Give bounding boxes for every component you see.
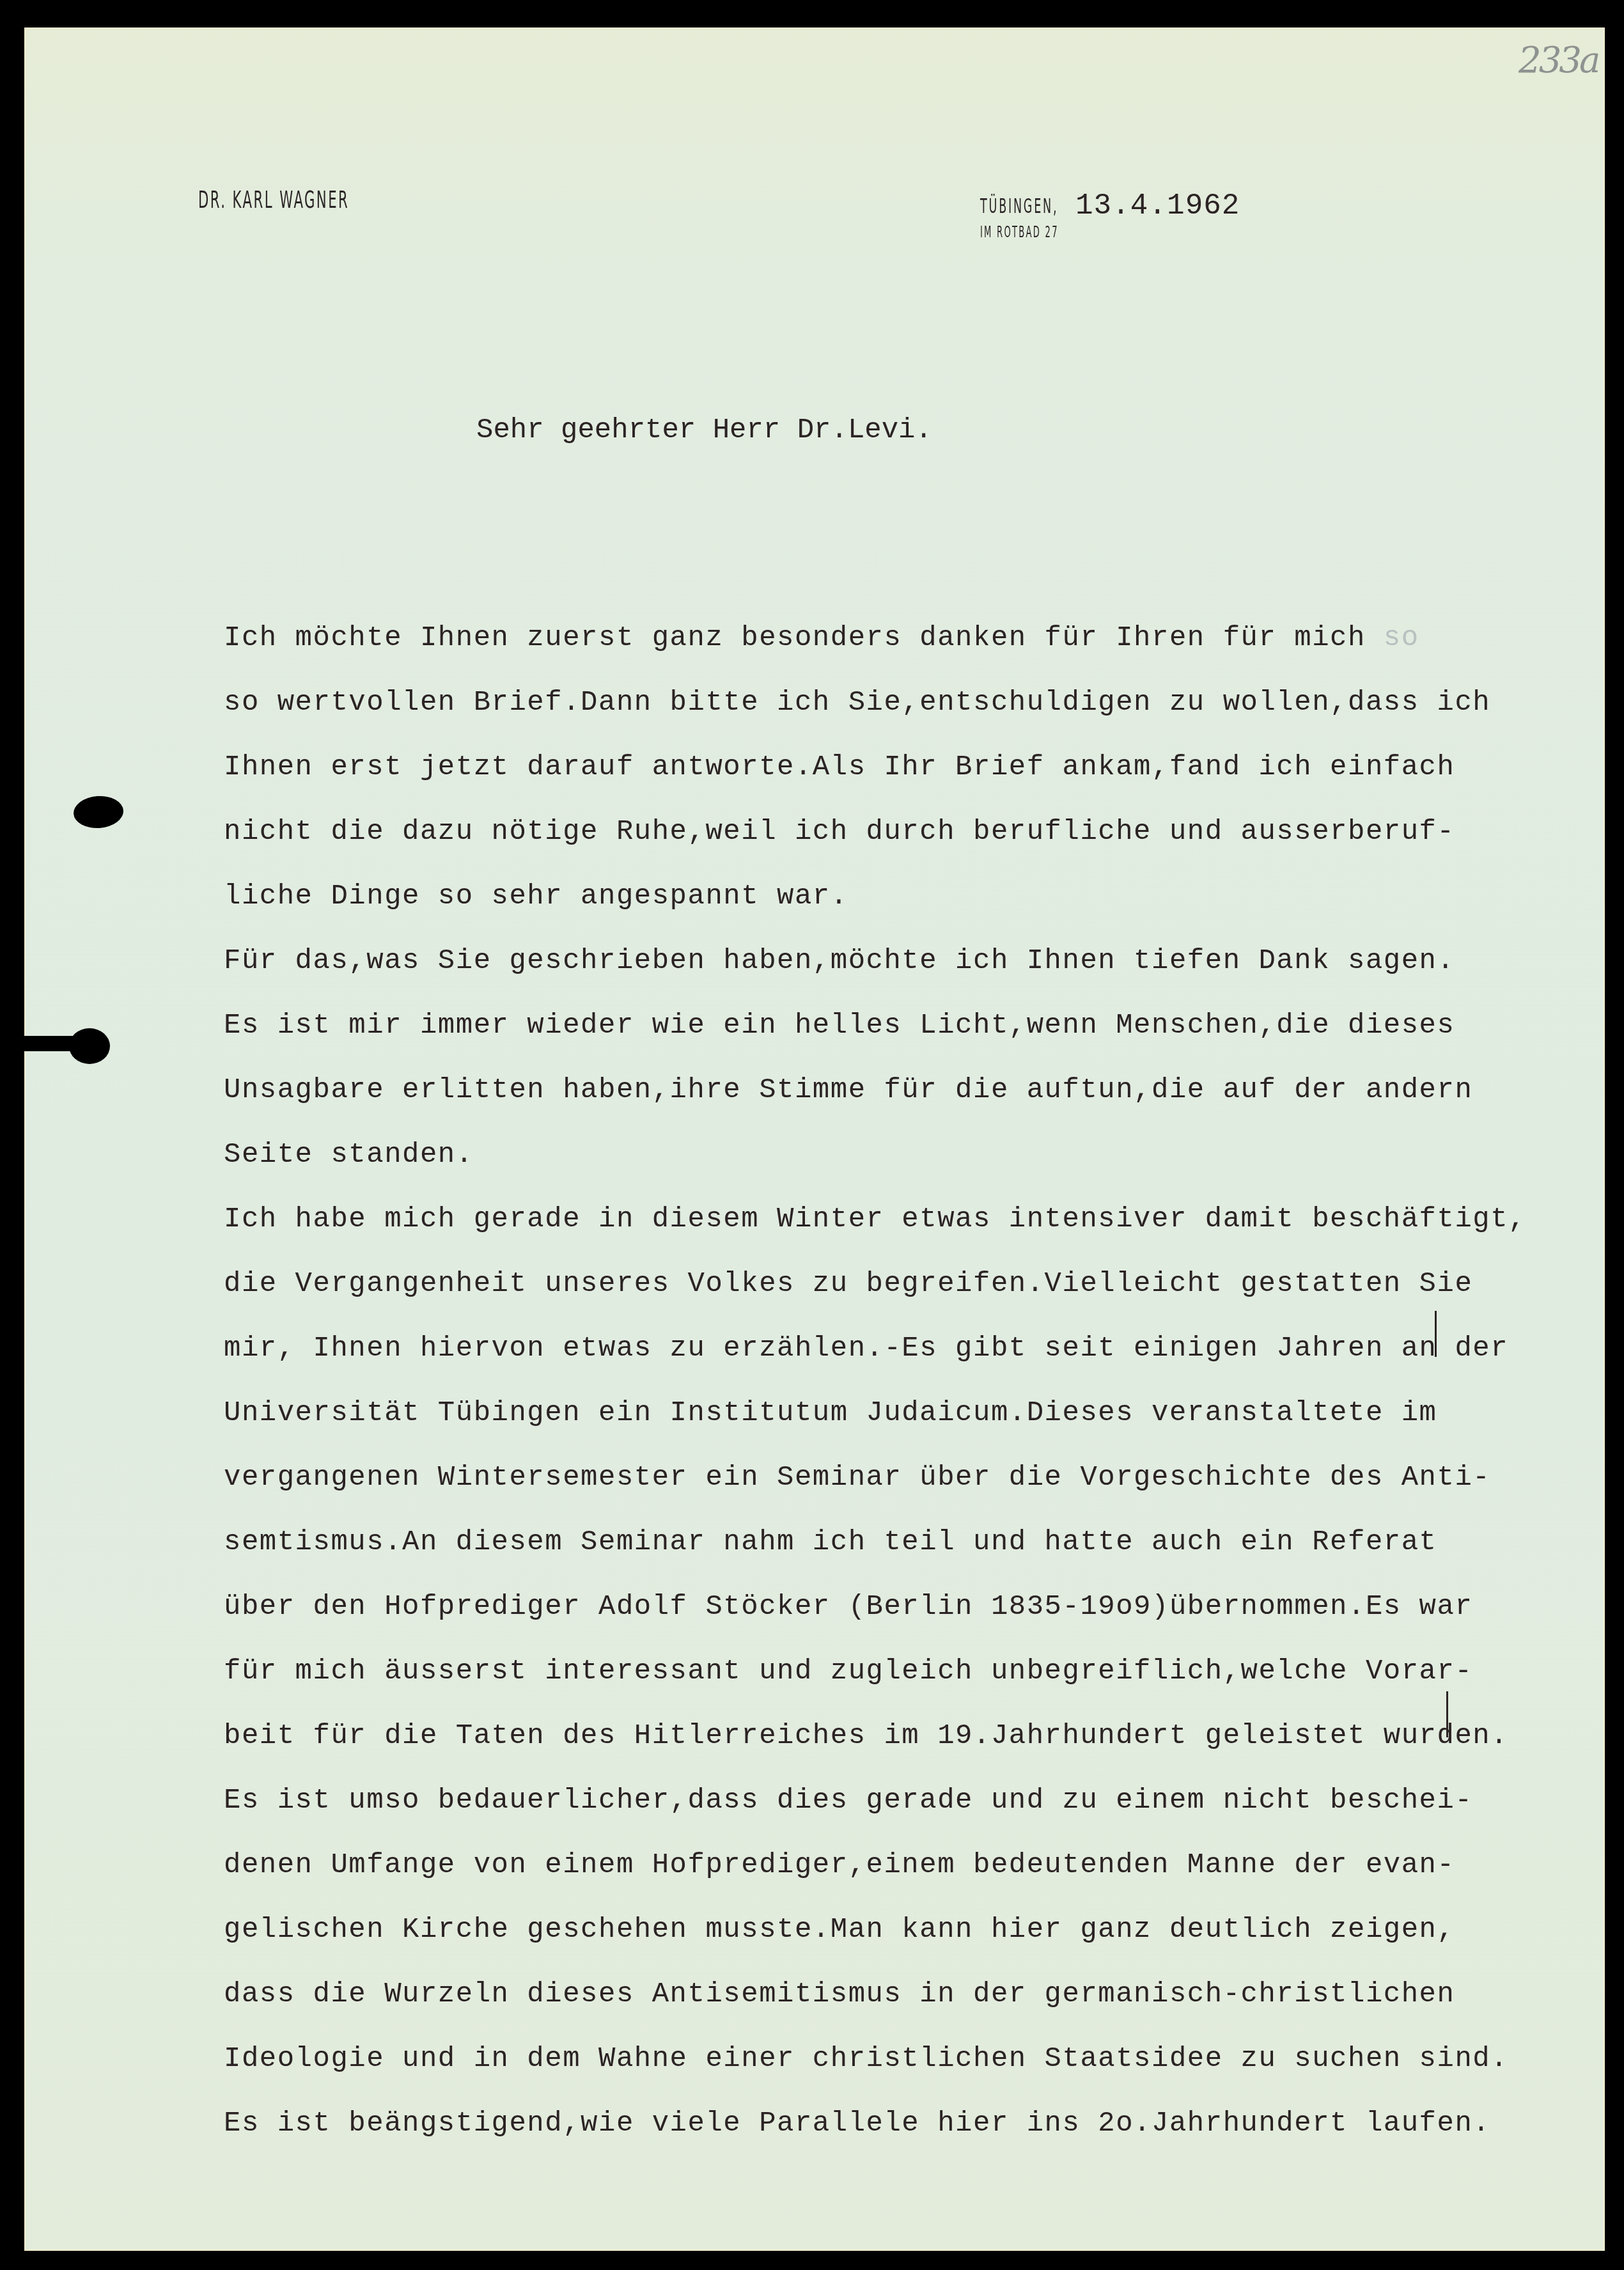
body-line: Universität Tübingen ein Institutum Juda… bbox=[224, 1381, 1598, 1446]
body-line-text: liche Dinge so sehr angespannt war. bbox=[224, 881, 848, 912]
body-line: Seite standen. bbox=[224, 1123, 1598, 1187]
body-line-text: gelischen Kirche geschehen musste.Man ka… bbox=[224, 1914, 1455, 1946]
handwritten-page-number: 233a bbox=[1519, 40, 1598, 81]
body-line-text: dass die Wurzeln dieses Antisemitismus i… bbox=[224, 1978, 1455, 2010]
body-line: vergangenen Wintersemester ein Seminar ü… bbox=[224, 1446, 1598, 1510]
body-line-text: über den Hofprediger Adolf Stöcker (Berl… bbox=[224, 1591, 1472, 1623]
body-line: Ideologie und in dem Wahne einer christl… bbox=[224, 2027, 1598, 2092]
letterhead-city: TÜBINGEN, bbox=[980, 194, 1058, 218]
body-line: nicht die dazu nötige Ruhe,weil ich durc… bbox=[224, 800, 1598, 865]
body-line-text: beit für die Taten des Hitlerreiches im … bbox=[224, 1720, 1508, 1752]
correction-mark bbox=[1435, 1311, 1437, 1357]
body-line: denen Umfange von einem Hofprediger,eine… bbox=[224, 1833, 1598, 1898]
body-line-text: so wertvollen Brief.Dann bitte ich Sie,e… bbox=[224, 687, 1490, 719]
body-line-text: für mich äusserst interessant und zuglei… bbox=[224, 1656, 1472, 1687]
body-line: semtismus.An diesem Seminar nahm ich tei… bbox=[224, 1510, 1598, 1575]
body-line: über den Hofprediger Adolf Stöcker (Berl… bbox=[224, 1575, 1598, 1640]
body-line-text: Universität Tübingen ein Institutum Juda… bbox=[224, 1397, 1437, 1429]
body-line-text: Es ist umso bedauerlicher,dass dies gera… bbox=[224, 1785, 1472, 1817]
body-line-text: Ich habe mich gerade in diesem Winter et… bbox=[224, 1203, 1526, 1235]
salutation: Sehr geehrter Herr Dr.Levi. bbox=[476, 414, 932, 446]
faint-overtyped-text: so bbox=[1384, 622, 1419, 654]
body-line-text: mir, Ihnen hiervon etwas zu erzählen.-Es… bbox=[224, 1333, 1508, 1365]
letterhead-address: IM ROTBAD 27 bbox=[980, 223, 1059, 241]
body-line: Unsagbare erlitten haben,ihre Stimme für… bbox=[224, 1058, 1598, 1123]
body-line-text: Es ist beängstigend,wie viele Parallele … bbox=[224, 2108, 1490, 2140]
letter-date: 13.4.1962 bbox=[1075, 189, 1240, 223]
correction-mark bbox=[1446, 1691, 1448, 1737]
body-line-text: Unsagbare erlitten haben,ihre Stimme für… bbox=[224, 1074, 1472, 1106]
body-line: beit für die Taten des Hitlerreiches im … bbox=[224, 1704, 1598, 1769]
body-line-text: Ideologie und in dem Wahne einer christl… bbox=[224, 2043, 1508, 2075]
body-line: für mich äusserst interessant und zuglei… bbox=[224, 1640, 1598, 1704]
body-line: liche Dinge so sehr angespannt war. bbox=[224, 865, 1598, 929]
body-line-text: Seite standen. bbox=[224, 1139, 474, 1171]
body-line: Es ist umso bedauerlicher,dass dies gera… bbox=[224, 1769, 1598, 1833]
body-line-text: nicht die dazu nötige Ruhe,weil ich durc… bbox=[224, 816, 1455, 848]
body-line-text: semtismus.An diesem Seminar nahm ich tei… bbox=[224, 1526, 1437, 1558]
body-line-text: Es ist mir immer wieder wie ein helles L… bbox=[224, 1010, 1455, 1042]
body-line-text: Für das,was Sie geschrieben haben,möchte… bbox=[224, 945, 1455, 977]
body-line: die Vergangenheit unseres Volkes zu begr… bbox=[224, 1252, 1598, 1317]
body-line-text: Ihnen erst jetzt darauf antworte.Als Ihr… bbox=[224, 751, 1455, 783]
body-line: Ich habe mich gerade in diesem Winter et… bbox=[224, 1187, 1598, 1252]
letter-body: Ich möchte Ihnen zuerst ganz besonders d… bbox=[224, 606, 1598, 2156]
body-line: mir, Ihnen hiervon etwas zu erzählen.-Es… bbox=[224, 1317, 1598, 1381]
body-line: Für das,was Sie geschrieben haben,möchte… bbox=[224, 929, 1598, 994]
body-line: dass die Wurzeln dieses Antisemitismus i… bbox=[224, 1962, 1598, 2027]
body-line-text: denen Umfange von einem Hofprediger,eine… bbox=[224, 1849, 1455, 1881]
body-line-text: vergangenen Wintersemester ein Seminar ü… bbox=[224, 1462, 1490, 1494]
body-line: Ihnen erst jetzt darauf antworte.Als Ihr… bbox=[224, 735, 1598, 800]
punch-hole bbox=[69, 1028, 110, 1064]
body-line: Ich möchte Ihnen zuerst ganz besonders d… bbox=[224, 606, 1598, 671]
letterhead-name: DR. KARL WAGNER bbox=[198, 185, 349, 214]
body-line-text: Ich möchte Ihnen zuerst ganz besonders d… bbox=[224, 622, 1384, 654]
body-line: Es ist beängstigend,wie viele Parallele … bbox=[224, 2092, 1598, 2156]
body-line: Es ist mir immer wieder wie ein helles L… bbox=[224, 994, 1598, 1058]
body-line: gelischen Kirche geschehen musste.Man ka… bbox=[224, 1898, 1598, 1962]
body-line-text: die Vergangenheit unseres Volkes zu begr… bbox=[224, 1268, 1472, 1300]
body-line: so wertvollen Brief.Dann bitte ich Sie,e… bbox=[224, 671, 1598, 735]
